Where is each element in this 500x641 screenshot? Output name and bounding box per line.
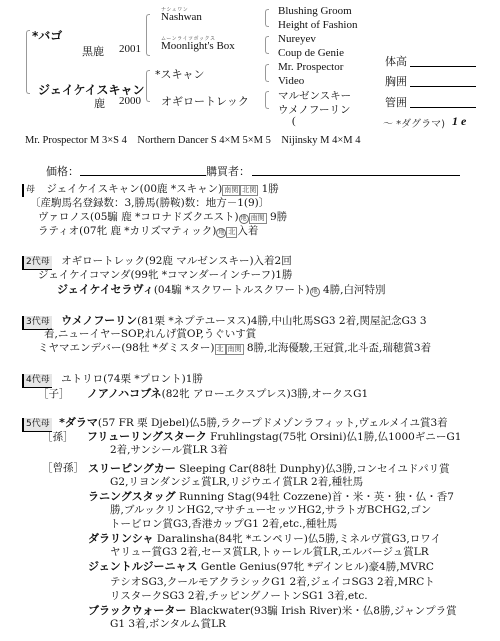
gen3-ancestor: Video (278, 75, 304, 87)
entry-cont: 勝,ブルックリンHG2,マサチューセッツHG2,サラトガBCHG2,ゴン (110, 504, 431, 517)
gen3-ancestor: Nureyev (278, 33, 316, 45)
buyer-label: 購買者： (206, 163, 250, 179)
gen3-ancestor: Blushing Groom (278, 5, 352, 17)
entry-cont: G1 3着,ボンタルム賞LR (110, 618, 226, 631)
gen2-row-3: ジェイケイセラヴィ(04騸 *スクワートルスクワート)地 4勝,白河特別 (57, 283, 386, 297)
horse-wins: 4勝,白河特別 (323, 284, 386, 296)
price-label: 価格： (46, 163, 79, 179)
horse-name: ブラックウォーター (88, 604, 186, 617)
gen2-record: オギロートレック(92鹿 マルゼンスキー)入着2回 (61, 255, 292, 267)
dam-color: 鹿 (94, 95, 105, 111)
horse-name: ジェイケイセラヴィ (57, 283, 154, 296)
offspring-record: ラティオ(07牝 鹿 *カリズマティック) (38, 225, 216, 237)
chest-field[interactable] (410, 86, 476, 87)
gen2-badge: 2代母 (22, 256, 52, 270)
horse-record: Gentle Genius(97牝 *デインヒル)豪4勝,MVRC (201, 561, 434, 573)
dam-row-1: 母 ジェイケイスキャン(00鹿 *スキャン)南関北関 1勝 (22, 183, 279, 197)
offspring-wins: 9勝 (270, 211, 287, 223)
family-line: 〜 *ダグラマ) (383, 115, 445, 130)
gen2-row-2: ジェイケイコマンダ(99牝 *コマンダーインチーフ)1勝 (38, 269, 292, 282)
offspring-wins: 入着 (237, 225, 258, 237)
horse-record: Fruhlingstag(75牝 Orsini)仏1勝,仏1000ギニーG1 (210, 431, 461, 443)
dam-record: ジェイケイスキャン(00鹿 *スキャン) (46, 183, 222, 195)
dam-row-3: ヴァロノス(05騸 鹿 *コロナドズクエスト)地南関 9勝 (38, 211, 287, 224)
entry-cont: ヤリュー賞G3 2着,セーヌ賞LR,トゥーレル賞LR,エルバージュ賞LR (110, 546, 429, 559)
gen3-ancestor: Coup de Genie (278, 47, 344, 59)
horse-name: ウメノフーリン (61, 314, 137, 327)
height-field[interactable] (410, 66, 476, 67)
sire-sire: Nashwan (161, 11, 202, 23)
gen3-ancestor: Mr. Prospector (278, 61, 343, 73)
horse-wins: 8勝,北海優駿,王冠賞,北斗盃,瑞穂賞3着 (247, 342, 431, 354)
dam-wins: 1勝 (262, 183, 279, 195)
gen3-row-2: 着,ニューイヤーSOP,れんげ賞OP,うぐいす賞 (44, 328, 256, 341)
gen4-row-1: 4代母 ユトリロ(74栗 *プロント)1勝 (22, 373, 203, 388)
horse-name: ノアノハコブネ (87, 387, 162, 400)
family-line-open: ( (292, 115, 296, 127)
great-grandchild-entry: ダラリンシャ Daralinsha(84牝 *エンペリー)仏5勝,ミネルヴ賞G3… (88, 532, 441, 546)
horse-record: (57 FR 栗 Djebel)仏5勝,ラクープドメゾンラフィット,ヴェルメイユ… (98, 417, 448, 429)
dam-year: 2000 (119, 95, 141, 107)
gen3-bracket-3 (265, 64, 269, 82)
height-label: 体高 (385, 53, 407, 69)
gen3-row-3: ミヤマエンデバー(98牡 *ダミスター)北南関 8勝,北海優駿,王冠賞,北斗盃,… (38, 342, 431, 355)
relation-label: ［子］ (38, 388, 70, 400)
horse-record: Sleeping Car(88牡 Dunphy)仏3勝,コンセイユドパリ賞 (179, 463, 450, 475)
pedigree-bracket-main (26, 30, 30, 94)
family-number: 1 e (452, 114, 466, 129)
gen3-bracket-1 (265, 9, 269, 27)
dam-dam: オギロートレック (161, 93, 249, 109)
offspring-record: ヴァロノス(05騸 鹿 *コロナドズクエスト) (38, 211, 239, 223)
dam-row-2: 〔産駒馬名登録数：3,勝馬(勝鞍)数：地方－1(9)〕 (30, 197, 269, 210)
gen5-grandchild-row: ［孫］ フリューリングスターク Fruhlingstag(75牝 Orsini)… (42, 430, 461, 444)
great-grandchild-entry: ブラックウォーター Blackwater(93騸 Irish River)米・仏… (88, 604, 457, 618)
entry-cont: G2,リヨンダンジェ賞LR,リジウエイ賞LR 2着,種牡馬 (110, 476, 363, 489)
horse-record: Running Stag(94牡 Cozzene)首・米・英・独・仏・香7 (179, 491, 454, 503)
horse-record: (81栗 *ネプテユーヌス)4勝,中山牝馬SG3 2着,関屋記念G3 3 (137, 315, 426, 327)
gen4-badge: 4代母 (22, 374, 52, 388)
gen5-grandchild-cont: 2着,サンシール賞LR 3着 (110, 444, 228, 457)
dam-badge: 母 (22, 184, 37, 197)
gen3-ancestor: Height of Fashion (278, 19, 357, 31)
relation-label: ［孫］ (42, 431, 74, 443)
region-tag: 南関 (226, 344, 244, 355)
entry-cont: テシオSG3,クールモアクラシックG1 2着,ジェイコSG3 2着,MRCト (110, 576, 435, 589)
horse-record: (04騸 *スクワートルスクワート) (154, 284, 310, 296)
region-tag: 北関 (240, 185, 258, 196)
horse-name: ジェントルジーニャス (88, 560, 198, 573)
great-grandchild-entry: ラニングスタッグ Running Stag(94牡 Cozzene)首・米・英・… (88, 490, 454, 504)
horse-name: スリーピングカー (88, 462, 176, 475)
gen2-row-1: 2代母 オギロートレック(92鹿 マルゼンスキー)入着2回 (22, 255, 292, 270)
horse-record: Daralinsha(84牝 *エンペリー)仏5勝,ミネルヴ賞G3,ロワイ (157, 533, 441, 545)
great-grandchild-entry: スリーピングカー Sleeping Car(88牡 Dunphy)仏3勝,コンセ… (88, 462, 450, 476)
dam-sire: *スキャン (155, 66, 205, 82)
horse-record: (82牝 アローエクスプレス)3勝,オークスG1 (162, 388, 369, 400)
region-tag: 南関 (249, 213, 267, 224)
sire-color: 黒鹿 (82, 43, 104, 59)
buyer-field[interactable] (252, 175, 460, 176)
gen3-bracket-2 (265, 36, 269, 54)
price-field[interactable] (80, 175, 206, 176)
dam-row-4: ラティオ(07牝 鹿 *カリズマティック)地北入着 (38, 225, 258, 238)
gen4-record: ユトリロ(74栗 *プロント)1勝 (61, 373, 203, 385)
local-mark-icon: 地 (310, 287, 320, 297)
sire-name: *バゴ (32, 27, 62, 44)
inbreeding-line: Mr. Prospector M 3×S 4 Northern Dancer S… (25, 132, 360, 147)
local-mark-icon: 地 (216, 228, 226, 238)
sire-parents-bracket (146, 14, 150, 56)
entry-cont: リスタークSG3 2着,チッピングノートンSG1 3着,etc. (110, 590, 368, 603)
great-grandchild-label: ［曾孫］ (42, 462, 84, 475)
region-tag: 北 (215, 344, 226, 355)
cannon-label: 管囲 (385, 94, 407, 110)
gen3-ancestor: ウメノフーリン (278, 102, 351, 117)
cannon-field[interactable] (410, 107, 476, 108)
horse-record: ミヤマエンデバー(98牡 *ダミスター) (38, 342, 215, 354)
region-tag: 北 (226, 227, 237, 238)
horse-name: *ダラマ (59, 416, 98, 429)
local-mark-icon: 地 (239, 214, 249, 224)
horse-record: Blackwater(93騸 Irish River)米・仏8勝,ジャンプラ賞 (190, 605, 457, 617)
sire-dam: Moonlight's Box (161, 40, 235, 52)
horse-name: フリューリングスターク (87, 430, 207, 443)
region-tag: 南関 (222, 185, 240, 196)
horse-name: ラニングスタッグ (88, 490, 176, 503)
sire-year: 2001 (119, 43, 141, 55)
gen3-ancestor: マルゼンスキー (278, 88, 351, 103)
dam-parents-bracket (146, 70, 150, 102)
chest-label: 胸囲 (385, 73, 407, 89)
gen3-bracket-4 (265, 91, 269, 109)
gen4-row-2: ［子］ ノアノハコブネ(82牝 アローエクスプレス)3勝,オークスG1 (38, 387, 368, 401)
entry-cont: トービロン賞G3,香港カップG1 2着,etc.,種牡馬 (110, 518, 337, 531)
horse-name: ダラリンシャ (88, 532, 154, 545)
great-grandchild-entry: ジェントルジーニャス Gentle Genius(97牝 *デインヒル)豪4勝,… (88, 560, 434, 574)
